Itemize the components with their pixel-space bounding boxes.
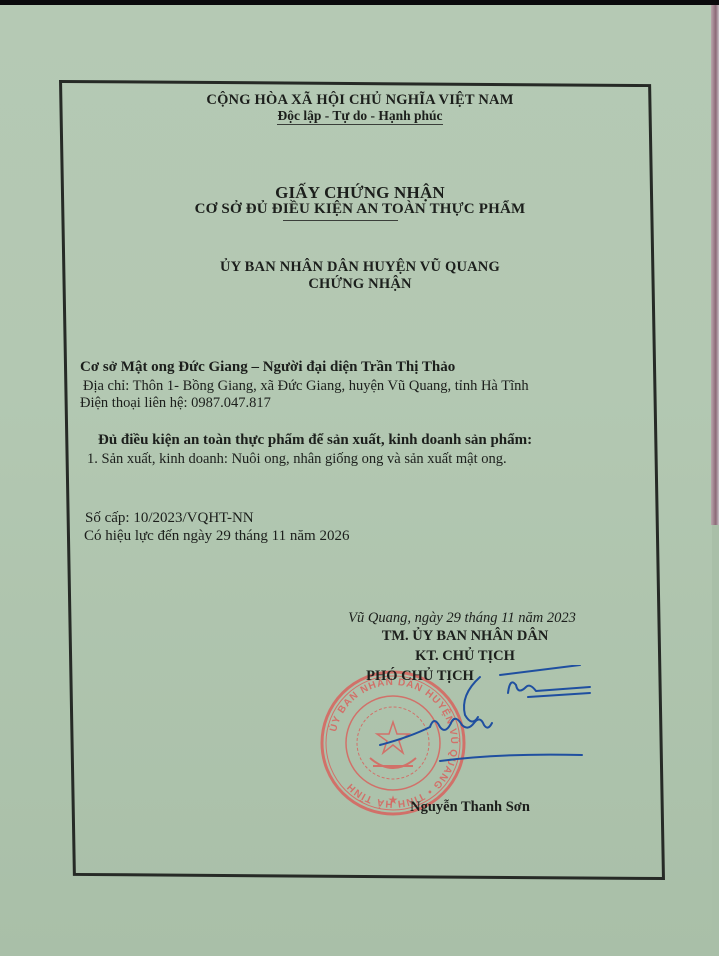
document-title: GIẤY CHỨNG NHẬN	[140, 183, 580, 203]
issuing-authority: ỦY BAN NHÂN DÂN HUYỆN VŨ QUANG	[130, 259, 590, 276]
place-and-date: Vũ Quang, ngày 29 tháng 11 năm 2023	[312, 610, 612, 627]
nation-header: CỘNG HÒA XÃ HỘI CHỦ NGHĨA VIỆT NAM	[140, 92, 580, 109]
document-subtitle: CƠ SỞ ĐỦ ĐIỀU KIỆN AN TOÀN THỰC PHẨM	[140, 201, 580, 218]
motto-text: Độc lập - Tự do - Hạnh phúc	[277, 108, 442, 125]
establishment-phone: Điện thoại liên hệ: 0987.047.817	[80, 395, 271, 412]
signer-name: Nguyễn Thanh Sơn	[360, 799, 580, 816]
handwritten-signature-icon	[360, 665, 600, 775]
certificate-number: Số cấp: 10/2023/VQHT-NN	[85, 510, 254, 527]
for-chairman-label: KT. CHỦ TỊCH	[330, 648, 600, 665]
title-underline	[283, 220, 398, 221]
certifies-label: CHỨNG NHẬN	[130, 276, 590, 293]
qualification-heading: Đủ điều kiện an toàn thực phẩm để sản xu…	[98, 432, 532, 449]
establishment-address: Địa chỉ: Thôn 1- Bồng Giang, xã Đức Gian…	[83, 378, 529, 395]
on-behalf-label: TM. ỦY BAN NHÂN DÂN	[330, 628, 600, 645]
national-motto: Độc lập - Tự do - Hạnh phúc	[140, 108, 580, 124]
certificate-validity: Có hiệu lực đến ngày 29 tháng 11 năm 202…	[84, 528, 349, 545]
establishment-name: Cơ sở Mật ong Đức Giang – Người đại diện…	[80, 359, 455, 376]
qualification-item: 1. Sản xuất, kinh doanh: Nuôi ong, nhân …	[87, 451, 507, 468]
certificate-document: CỘNG HÒA XÃ HỘI CHỦ NGHĨA VIỆT NAM Độc l…	[0, 0, 719, 956]
